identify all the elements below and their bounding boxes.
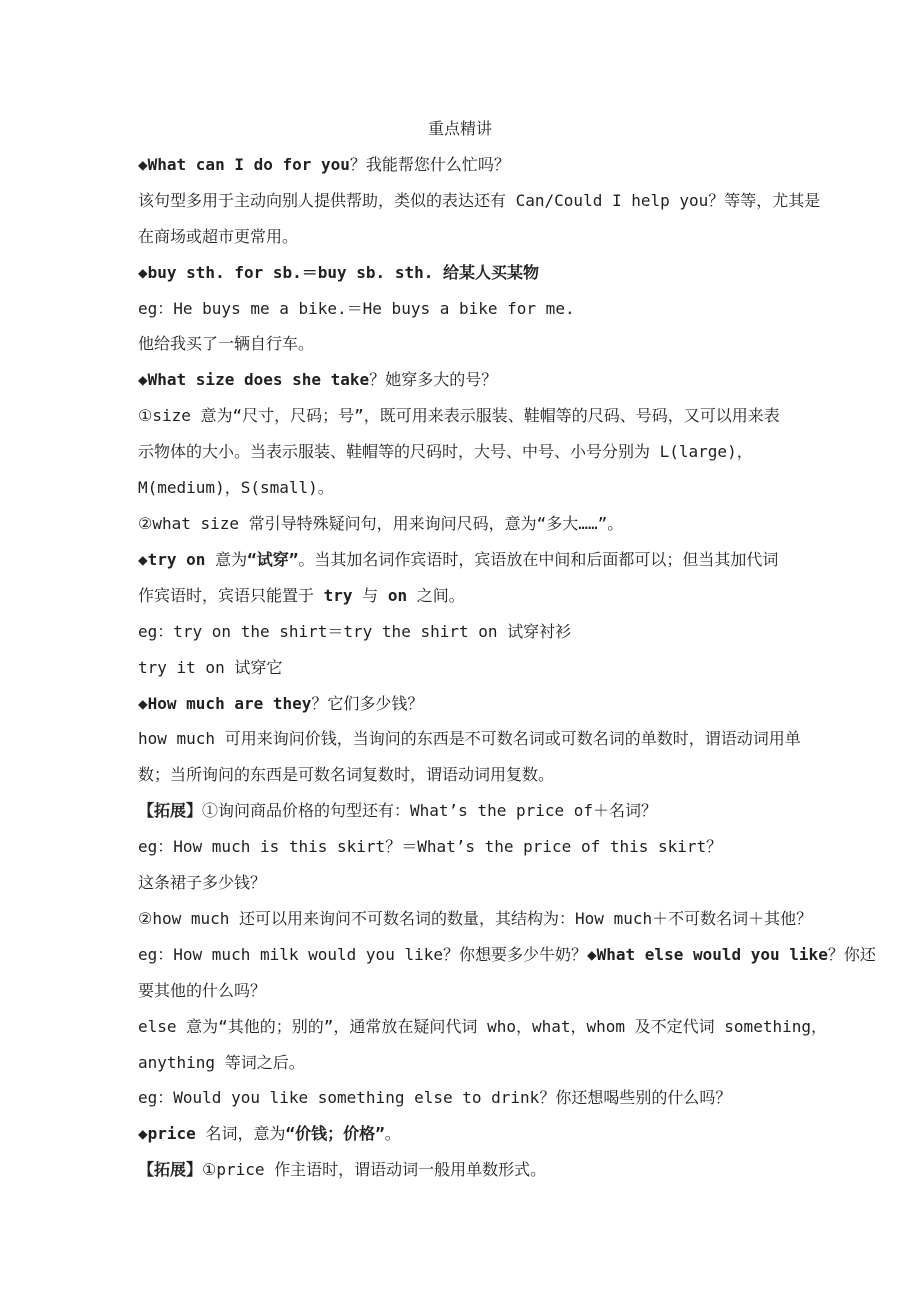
body-text: 。 bbox=[385, 1124, 401, 1143]
emphasis-text: try bbox=[324, 586, 353, 605]
text-line: 作宾语时，宾语只能置于 try 与 on 之间。 bbox=[138, 578, 782, 614]
emphasis-text: 【拓展】 bbox=[138, 801, 202, 820]
body-text: eg：How much is this skirt？＝What’s the pr… bbox=[138, 837, 722, 856]
body-text: ①price 作主语时，谓语动词一般用单数形式。 bbox=[202, 1160, 546, 1179]
text-line: 示物体的大小。当表示服装、鞋帽等的尺码时，大号、中号、小号分别为 L(large… bbox=[138, 434, 782, 470]
body-text: eg：try on the shirt＝try the shirt on 试穿衬… bbox=[138, 622, 571, 641]
body-text: ？你还 bbox=[828, 945, 876, 964]
text-line: 这条裙子多少钱？ bbox=[138, 865, 782, 901]
emphasis-text: ◆buy sth. for sb.＝buy sb. sth. 给某人买某物 bbox=[138, 263, 539, 282]
text-line: else 意为“其他的；别的”，通常放在疑问代词 who，what，whom 及… bbox=[138, 1009, 782, 1045]
body-text: 要其他的什么吗？ bbox=[138, 981, 266, 1000]
body-text: 这条裙子多少钱？ bbox=[138, 873, 266, 892]
text-line: how much 可用来询问价钱，当询问的东西是不可数名词或可数名词的单数时，谓… bbox=[138, 721, 782, 757]
body-text: 名词，意为 bbox=[205, 1124, 285, 1143]
body-text: eg：Would you like something else to drin… bbox=[138, 1088, 731, 1107]
emphasis-text: “价钱；价格” bbox=[285, 1124, 384, 1143]
emphasis-text: ◆What size does she take bbox=[138, 370, 369, 389]
text-line: ①size 意为“尺寸，尺码；号”，既可用来表示服装、鞋帽等的尺码、号码，又可以… bbox=[138, 398, 782, 434]
body-text: 在商场或超市更常用。 bbox=[138, 227, 298, 246]
body-text: 与 bbox=[353, 586, 388, 605]
example-line: eg：Would you like something else to drin… bbox=[138, 1080, 782, 1116]
text-line: 他给我买了一辆自行车。 bbox=[138, 326, 782, 362]
emphasis-text: ◆What can I do for you bbox=[138, 155, 350, 174]
body-text: M(medium)，S(small)。 bbox=[138, 478, 334, 497]
body-text: eg：How much milk would you like？你想要多少牛奶？ bbox=[138, 945, 587, 964]
emphasis-text: “试穿” bbox=[247, 550, 298, 569]
body-text: 重点精讲 bbox=[428, 119, 492, 138]
emphasis-text: 【拓展】 bbox=[138, 1160, 202, 1179]
emphasis-text: on bbox=[388, 586, 407, 605]
text-line: 要其他的什么吗？ bbox=[138, 973, 782, 1009]
body-text: 意为 bbox=[215, 550, 247, 569]
example-line: eg：try on the shirt＝try the shirt on 试穿衬… bbox=[138, 614, 782, 650]
emphasis-text: ◆What else would you like bbox=[587, 945, 828, 964]
body-text: 示物体的大小。当表示服装、鞋帽等的尺码时，大号、中号、小号分别为 L(large… bbox=[138, 442, 753, 461]
body-text: ①size 意为“尺寸，尺码；号”，既可用来表示服装、鞋帽等的尺码、号码，又可以… bbox=[138, 406, 780, 425]
body-text: else 意为“其他的；别的”，通常放在疑问代词 who，what，whom 及… bbox=[138, 1017, 827, 1036]
body-text: 之间。 bbox=[407, 586, 465, 605]
text-line: 该句型多用于主动向别人提供帮助，类似的表达还有 Can/Could I help… bbox=[138, 183, 782, 219]
body-text: ？我能帮您什么忙吗？ bbox=[350, 155, 510, 174]
text-line: M(medium)，S(small)。 bbox=[138, 470, 782, 506]
body-text: 作宾语时，宾语只能置于 bbox=[138, 586, 324, 605]
expansion-line: 【拓展】①询问商品价格的句型还有：What’s the price of＋名词？ bbox=[138, 793, 782, 829]
example-line: try it on 试穿它 bbox=[138, 650, 782, 686]
body-text: ②how much 还可以用来询问不可数名词的数量，其结构为：How much＋… bbox=[138, 909, 812, 928]
heading-what-else: eg：How much milk would you like？你想要多少牛奶？… bbox=[138, 937, 782, 973]
heading-price: ◆price 名词，意为“价钱；价格”。 bbox=[138, 1116, 782, 1152]
heading-try-on: ◆try on 意为“试穿”。当其加名词作宾语时，宾语放在中间和后面都可以；但当… bbox=[138, 542, 782, 578]
emphasis-text: ◆try on bbox=[138, 550, 215, 569]
document-page: 重点精讲◆What can I do for you？我能帮您什么忙吗？该句型多… bbox=[138, 111, 782, 1188]
example-line: eg：How much is this skirt？＝What’s the pr… bbox=[138, 829, 782, 865]
body-text: how much 可用来询问价钱，当询问的东西是不可数名词或可数名词的单数时，谓… bbox=[138, 729, 801, 748]
heading-buy-sth-for-sb: ◆buy sth. for sb.＝buy sb. sth. 给某人买某物 bbox=[138, 255, 782, 291]
page-title: 重点精讲 bbox=[138, 111, 782, 147]
heading-what-can-i-do: ◆What can I do for you？我能帮您什么忙吗？ bbox=[138, 147, 782, 183]
text-line: 数；当所询问的东西是可数名词复数时，谓语动词用复数。 bbox=[138, 757, 782, 793]
text-line: anything 等词之后。 bbox=[138, 1045, 782, 1081]
emphasis-text: ◆price bbox=[138, 1124, 205, 1143]
body-text: 该句型多用于主动向别人提供帮助，类似的表达还有 Can/Could I help… bbox=[138, 191, 820, 210]
body-text: anything 等词之后。 bbox=[138, 1053, 305, 1072]
example-line: eg：He buys me a bike.＝He buys a bike for… bbox=[138, 291, 782, 327]
heading-what-size: ◆What size does she take？她穿多大的号？ bbox=[138, 362, 782, 398]
body-text: ？她穿多大的号？ bbox=[369, 370, 497, 389]
expansion-line: 【拓展】①price 作主语时，谓语动词一般用单数形式。 bbox=[138, 1152, 782, 1188]
heading-how-much: ◆How much are they？它们多少钱？ bbox=[138, 686, 782, 722]
body-text: 他给我买了一辆自行车。 bbox=[138, 334, 314, 353]
text-line: ②how much 还可以用来询问不可数名词的数量，其结构为：How much＋… bbox=[138, 901, 782, 937]
body-text: 。当其加名词作宾语时，宾语放在中间和后面都可以；但当其加代词 bbox=[298, 550, 778, 569]
body-text: ？它们多少钱？ bbox=[311, 694, 423, 713]
body-text: ①询问商品价格的句型还有：What’s the price of＋名词？ bbox=[202, 801, 657, 820]
text-line: ②what size 常引导特殊疑问句，用来询问尺码，意为“多大……”。 bbox=[138, 506, 782, 542]
emphasis-text: ◆How much are they bbox=[138, 694, 311, 713]
body-text: ②what size 常引导特殊疑问句，用来询问尺码，意为“多大……”。 bbox=[138, 514, 623, 533]
text-line: 在商场或超市更常用。 bbox=[138, 219, 782, 255]
body-text: try it on 试穿它 bbox=[138, 658, 282, 677]
body-text: eg：He buys me a bike.＝He buys a bike for… bbox=[138, 299, 575, 318]
body-text: 数；当所询问的东西是可数名词复数时，谓语动词用复数。 bbox=[138, 765, 554, 784]
